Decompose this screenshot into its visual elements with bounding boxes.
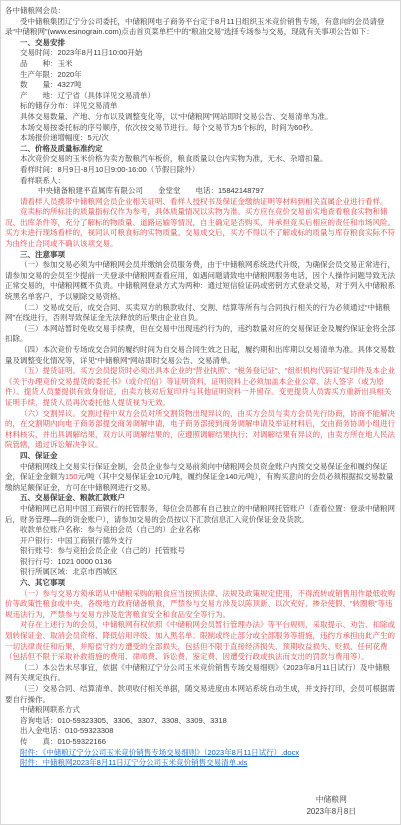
- paragraph: 银行账号：参与竞拍会员企业（自己的）托管账号: [5, 546, 396, 557]
- paragraph: 具体交易数量、产地、分布以及调整变化等，以“中储粮网”网站即时交易公告、交易清单…: [5, 112, 396, 123]
- paragraph: （三）交易合同、结算清单、款项收付相关单据，随交易进度由本网站系统自动生成，并支…: [5, 684, 396, 705]
- paragraph: 中央储备粮建平直属库有限公司 金堂堂 电话：15842148797: [5, 186, 396, 197]
- paragraph: 看样时间：8月9日-8月10日9:00-16:00（节假日除外）: [5, 165, 396, 176]
- paragraph: （一）参加交易必须为中储粮网会员并缴纳会员服务费，由于中储粮网系统迭代升级，为确…: [5, 260, 396, 302]
- signature-org: 中储粮网: [307, 794, 356, 806]
- paragraph: 咨询电话：010-59323305、3306、3307、3308、3309、33…: [5, 716, 396, 727]
- paragraph: 本场交易按委托标的序号顺序，依次按交易节进行。每个交易节为5个标的，时间为60秒…: [5, 123, 396, 134]
- paragraph: （三）本网站暂时免收交易手续费，但在交易中出现违约行为的，违约数量对应的交易保证…: [5, 324, 396, 345]
- paragraph: 中储粮网线上交易实行保证金制，会员企业参与交易前须向中储粮网会员资金账户内预交交…: [5, 462, 396, 494]
- notice-paragraph: （一）参与交易方须承诺从中储粮采购的粮食应当按照法律、法规及政策规定使用，不得流…: [5, 589, 396, 621]
- paragraph: 受中储粮集团辽宁分公司委托，中储粮网电子商务平台定于8月11日组织玉米竞价销售专…: [5, 17, 396, 38]
- paragraph: 标的储存分布：详见交易清单: [5, 101, 396, 112]
- section-heading: 二、价格及质量标准约定: [5, 144, 396, 155]
- paragraph: （二）交易成交后，成交合同、买卖双方的粮款收付、交割、结算等所有与合同执行相关的…: [5, 303, 396, 324]
- paragraph: 本次竞价交易的玉米价格为卖方散粮汽车板价，粮食质量以仓内实物为准，无水、杂增扣量…: [5, 154, 396, 165]
- notice-paragraph: 竞卖标的所标注的质量指标仅作为参考，具体质量情况以实物为准。买方应在竞价交易前实…: [5, 207, 396, 249]
- paragraph: 产 地：辽宁省（具体详见交易清单）: [5, 91, 396, 102]
- notice-paragraph: （五）提货证明。买方会员提货时必须出具本企业的“营业执照”、“税务登记证”、“组…: [5, 366, 396, 408]
- section-heading: 三、注意事项: [5, 250, 396, 261]
- paragraph: 银行所属区域：北京市西城区: [5, 567, 396, 578]
- section-heading: 一、交易安排: [5, 38, 396, 49]
- paragraph: 生产年限：2020年: [5, 70, 396, 81]
- section-heading: 六、其它事项: [5, 578, 396, 589]
- notice-paragraph: 对存在上述行为的会员，中储粮网有权依照《中储粮网会员暂行管理办法》等平台规则，采…: [5, 620, 396, 662]
- paragraph: 收款单位账户名称：参与竞拍会员（自己的）企业名称: [5, 525, 396, 536]
- paragraph: 看样联系人：: [5, 176, 396, 187]
- paragraph: 品 种：玉米: [5, 59, 396, 70]
- paragraph: 出入金电话：010-59323308: [5, 726, 396, 737]
- paragraph: 中储粮网已启用中国工商银行的托管服务，每位会员都有自己独立的中储粮网托管账户（查…: [5, 504, 396, 525]
- paragraph: （四）本次竞价专场成交合同的履约时间为自交易合同生效之日起，履约期和出库期以交易…: [5, 345, 396, 366]
- paragraph: 银行行号：1021 0000 0136: [5, 557, 396, 568]
- attachment-link[interactable]: 附件：中储粮网2023年8月11日辽宁分公司玉米竞价销售交易清单.xls: [5, 758, 396, 769]
- section-heading: 五、交易保证金、粮款汇款账户: [5, 493, 396, 504]
- paragraph: 中储粮网联系方式: [5, 705, 396, 716]
- paragraph: 本场报价递增幅度：5元/次: [5, 133, 396, 144]
- paragraph: 交易时间：2023年8月11日10:00开始: [5, 48, 396, 59]
- notice-paragraph: 请看样人员携带中储粮网会员企业相关证明、看样人授权书及保证金缴纳证明等材料到相关…: [5, 197, 396, 208]
- paragraph: 各中储粮网会员：: [5, 6, 396, 17]
- attachment-link[interactable]: 附件：《中储粮辽宁分公司玉米竞价销售专场交易细则》（2023年8月11日试行）.…: [5, 748, 396, 759]
- paragraph: 数 量：4327吨: [5, 80, 396, 91]
- announcement-page: 各中储粮网会员：受中储粮集团辽宁分公司委托，中储粮网电子商务平台定于8月11日组…: [0, 0, 401, 825]
- signature-block: 中储粮网 2023年8月8日: [307, 794, 356, 817]
- paragraph: （二）本公告未尽事宜，依据《中储粮辽宁分公司玉米竞价销售专场交易细则》（2023…: [5, 663, 396, 684]
- paragraph: 传 真：010-59322166: [5, 737, 396, 748]
- deposit-amount-highlight: 150: [65, 472, 78, 481]
- signature-date: 2023年8月8日: [307, 806, 356, 818]
- paragraph: 开户银行：中国工商银行德外支行: [5, 536, 396, 547]
- section-heading: 四、保证金: [5, 451, 396, 462]
- notice-paragraph: （六）交割异议。交割过程中双方会员对所交割货物出现异议的，由买方会员与卖方会员先…: [5, 409, 396, 451]
- announcement-body: 各中储粮网会员：受中储粮集团辽宁分公司委托，中储粮网电子商务平台定于8月11日组…: [5, 6, 396, 769]
